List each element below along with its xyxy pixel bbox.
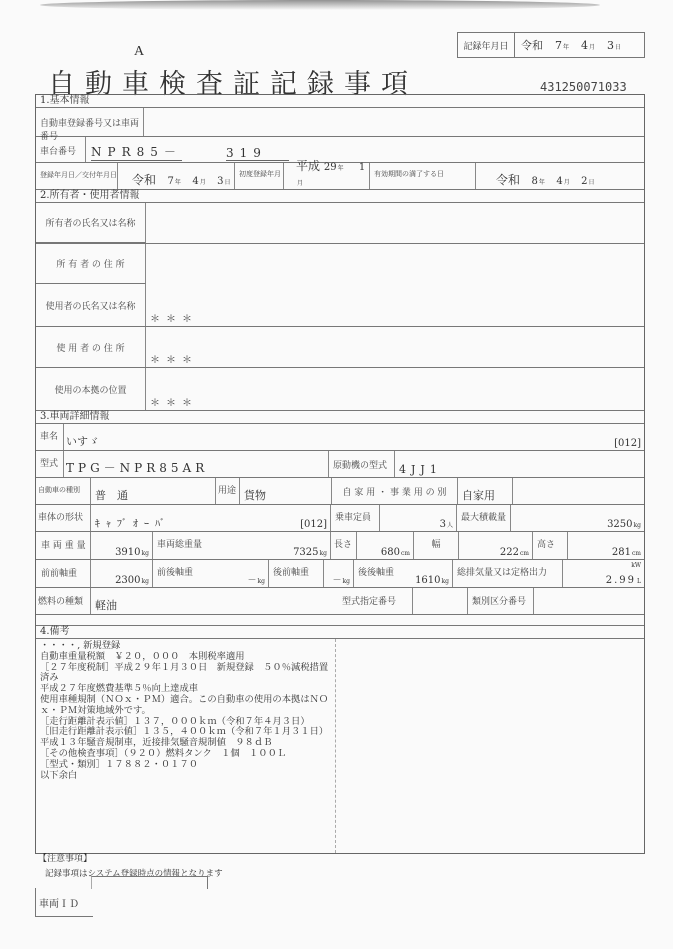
user-name-row: 使用者の氏名又は名称 ＊＊＊ <box>36 284 644 327</box>
vehicle-weight-value: 3910 <box>115 547 140 558</box>
notes-heading: 【注意事項】 <box>38 851 92 864</box>
fuel-label: 燃料の種類 <box>38 594 83 607</box>
user-name-label: 使用者の氏名又は名称 <box>36 284 145 326</box>
type-designation-label: 型式指定番号 <box>342 594 396 607</box>
width-value: 222 <box>500 547 519 558</box>
first-registration-value: 平成 29年 1月 <box>284 163 370 189</box>
engine-model-label: 原動機の型式 <box>333 458 387 471</box>
body-shape-code: [012] <box>300 519 327 530</box>
dimensions-row: 車 両 重 量 3910kg 車両総重量 7325kg 長さ 680cm 幅 2… <box>36 532 644 560</box>
body-shape-row: 車体の形状 ｷｬﾌﾞｵｰﾊﾞ [012] 乗車定員 3人 最大積載量 3250k… <box>36 505 644 532</box>
vehicle-kind-label: 自動車の種別 <box>38 485 80 495</box>
max-load-label: 最大積載量 <box>461 510 506 523</box>
rf-axle-value: － <box>333 576 342 586</box>
body-shape-label: 車体の形状 <box>38 510 83 523</box>
gross-weight-value: 7325 <box>293 547 318 558</box>
rr-axle-value: 1610 <box>415 575 440 586</box>
max-load-value: 3250 <box>607 519 632 530</box>
private-business-value: 自家用 <box>462 487 495 503</box>
fr-axle-value: － <box>248 576 257 586</box>
chassis-prefix: NPR85－ <box>91 143 182 161</box>
length-label: 長さ <box>334 537 352 550</box>
vehicle-kind-value: 普 通 <box>95 487 128 503</box>
registration-date-value: 令和 7年 4月 3日 <box>118 163 235 189</box>
base-location-row: 使用の本拠の位置 ＊＊＊ <box>36 368 644 411</box>
length-value: 680 <box>381 547 400 558</box>
owner-address-row: 所 有 者 の 住 所 <box>36 244 644 284</box>
displacement-value: 2.99 <box>606 575 636 586</box>
rf-axle-label: 後前軸重 <box>273 565 309 578</box>
user-address-value: ＊＊＊ <box>150 351 198 366</box>
record-date-label: 記録年月日 <box>458 33 515 57</box>
vehicle-name-row: 車名 いすゞ [012] <box>36 424 644 451</box>
certificate-table: 1.基本情報 自動車登録番号又は車両番号 車台番号 NPR85－ 319 登録年… <box>35 94 645 854</box>
user-address-label: 使 用 者 の 住 所 <box>36 327 145 367</box>
body-shape-value: ｷｬﾌﾞｵｰﾊﾞ <box>95 515 171 530</box>
expiry-value: 令和 8年 4月 2日 <box>476 163 644 189</box>
engine-model-value: 4JJ1 <box>399 463 442 476</box>
section-vehicle-heading: 3.車両詳細情報 <box>36 411 644 424</box>
rr-axle-label: 後後軸重 <box>358 565 394 578</box>
base-location-value: ＊＊＊ <box>150 394 198 409</box>
chassis-serial: 319 <box>226 146 289 161</box>
displacement-label: 総排気量又は定格出力 <box>457 565 547 578</box>
vehicle-weight-label: 車 両 重 量 <box>41 538 86 551</box>
model-value: TPG－NPR85AR <box>66 459 208 476</box>
section-basic-heading: 1.基本情報 <box>36 95 644 108</box>
ff-axle-value: 2300 <box>115 575 140 586</box>
chassis-label: 車台番号 <box>40 144 76 157</box>
capacity-value: 3 <box>440 519 446 530</box>
form-letter: A <box>134 44 144 60</box>
base-location-label: 使用の本拠の位置 <box>36 368 145 410</box>
owner-name-row: 所有者の氏名又は名称 <box>36 203 644 244</box>
registration-number-value <box>144 108 644 136</box>
fuel-row: 燃料の種類 軽油 型式指定番号 類別区分番号 <box>36 588 644 615</box>
document-number: 431250071033 <box>540 80 627 94</box>
dates-row: 登録年月日／交付年月日 令和 7年 4月 3日 初度登録年月 平成 29年 1月… <box>36 163 644 190</box>
vehicle-name-value: いすゞ <box>66 433 99 449</box>
section-owner-heading: 2.所有者・使用者情報 <box>36 190 644 203</box>
category-label: 類別区分番号 <box>472 594 526 607</box>
use-value: 貨物 <box>244 487 266 503</box>
registration-date-label: 登録年月日／交付年月日 <box>40 170 117 180</box>
height-value: 281 <box>612 547 631 558</box>
model-row: 型式 TPG－NPR85AR 原動機の型式 4JJ1 <box>36 451 644 478</box>
vehicle-id-label: 車両ＩＤ <box>35 888 93 917</box>
scan-shadow <box>40 0 600 10</box>
record-date-box: 記録年月日 令和 7年 4月 3日 <box>457 32 645 58</box>
registration-number-row: 自動車登録番号又は車両番号 <box>36 108 644 137</box>
axle-row: 前前軸重 2300kg 前後軸重 －kg 後前軸重 －kg 後後軸重 1610k… <box>36 560 644 588</box>
record-date-value: 令和 7年 4月 3日 <box>515 33 644 57</box>
vehicle-id-box: 車両ＩＤ <box>35 888 205 918</box>
fr-axle-label: 前後軸重 <box>157 565 193 578</box>
owner-address-label: 所 有 者 の 住 所 <box>36 244 145 283</box>
remarks-text: ・・・・, 新規登録 自動車重量税額 ￥２０，０００ 本則税率適用 ［２７年度税… <box>36 639 336 853</box>
user-address-row: 使 用 者 の 住 所 ＊＊＊ <box>36 327 644 368</box>
fuel-value: 軽油 <box>95 597 117 613</box>
user-name-value: ＊＊＊ <box>150 310 198 325</box>
use-label: 用途 <box>218 483 236 496</box>
capacity-label: 乗車定員 <box>335 510 371 523</box>
model-label: 型式 <box>40 456 58 469</box>
vehicle-name-label: 車名 <box>40 429 58 442</box>
expiry-label: 有効期間の満了する日 <box>374 169 444 179</box>
section-remarks-heading: 4.備考 <box>36 625 644 639</box>
owner-name-label: 所有者の氏名又は名称 <box>36 203 145 242</box>
width-label: 幅 <box>414 532 458 559</box>
height-label: 高さ <box>537 537 555 550</box>
vehicle-name-code: [012] <box>614 438 641 449</box>
first-registration-label: 初度登録年月 <box>239 169 281 179</box>
gross-weight-label: 車両総重量 <box>157 537 202 550</box>
vehicle-kind-row: 自動車の種別 普 通 用途 貨物 自 家 用 ・ 事 業 用 の 別 自家用 <box>36 478 644 505</box>
remarks-row: ・・・・, 新規登録 自動車重量税額 ￥２０，０００ 本則税率適用 ［２７年度税… <box>36 639 644 853</box>
private-business-label: 自 家 用 ・ 事 業 用 の 別 <box>332 478 457 504</box>
ff-axle-label: 前前軸重 <box>41 566 77 579</box>
